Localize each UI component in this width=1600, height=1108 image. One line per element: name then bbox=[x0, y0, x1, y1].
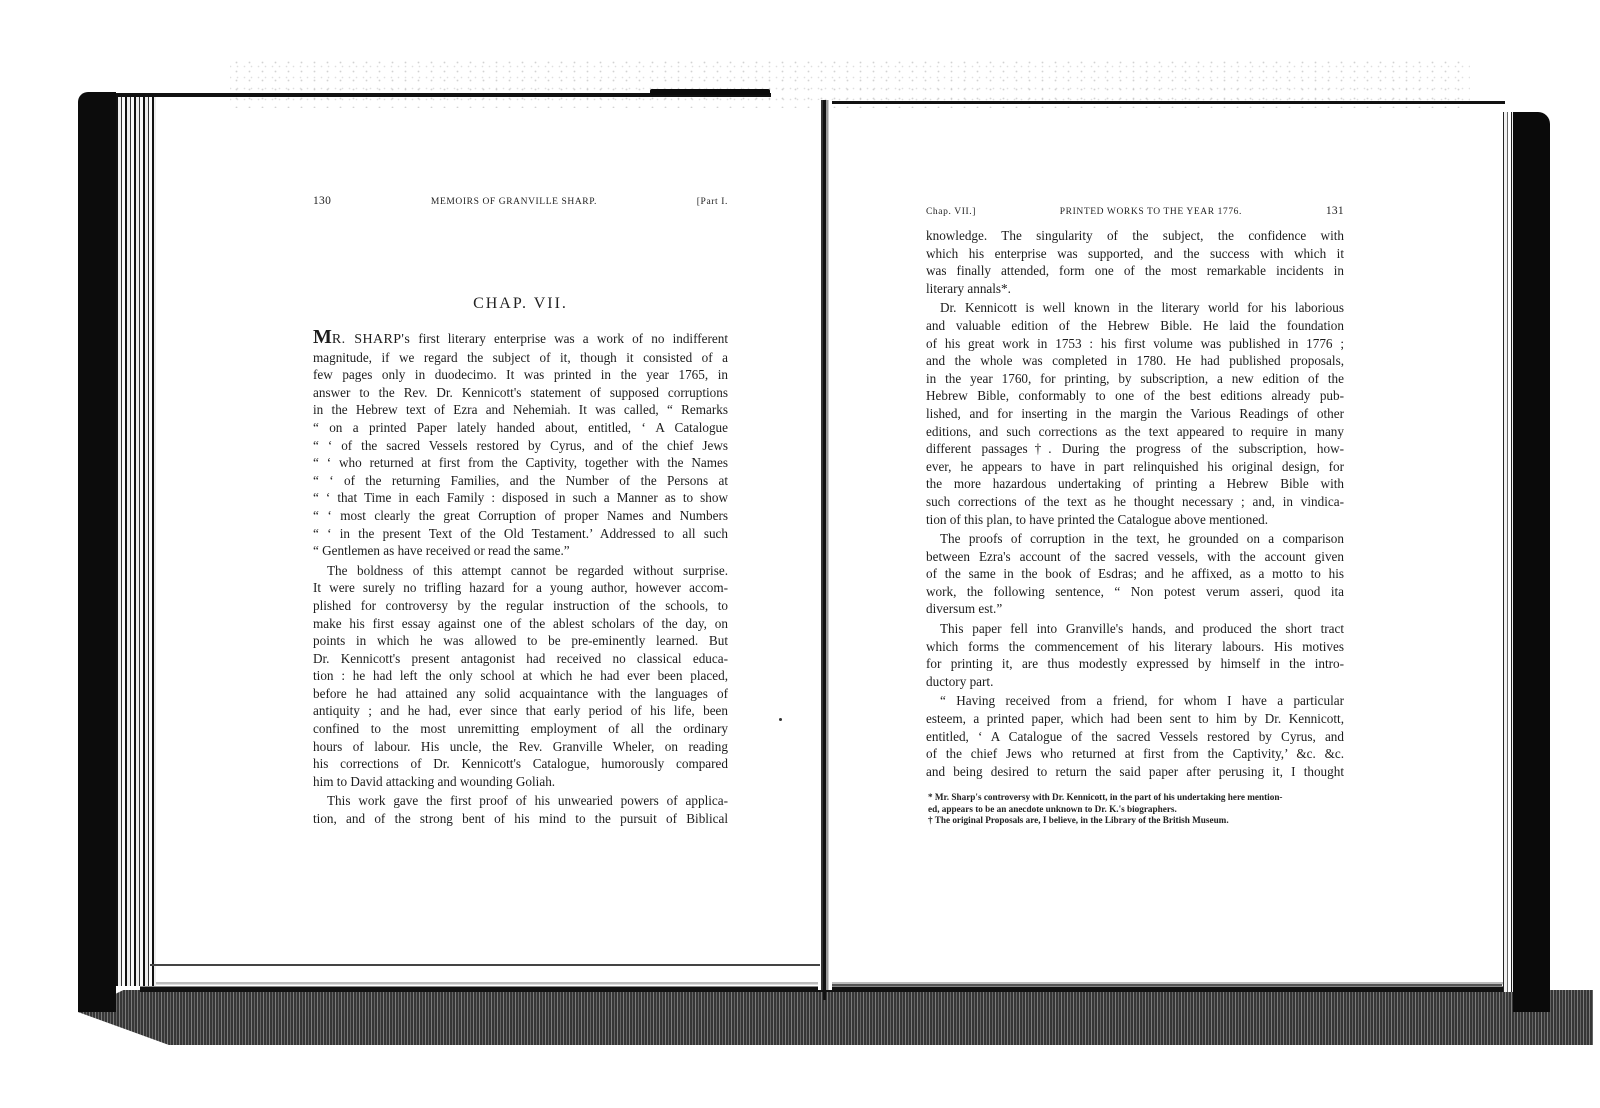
paragraph: “ Having received from a friend, for who… bbox=[926, 692, 1344, 780]
paragraph: The proofs of corruption in the text, he… bbox=[926, 530, 1344, 618]
left-page-bottom-edge bbox=[150, 964, 820, 966]
book-scan: 130 MEMOIRS OF GRANVILLE SHARP. [Part I.… bbox=[0, 0, 1600, 1108]
right-page: Chap. VII.] PRINTED WORKS TO THE YEAR 17… bbox=[926, 205, 1344, 827]
paragraph: This paper fell into Granville's hands, … bbox=[926, 620, 1344, 690]
left-body-text: MR. SHARP's first literary enterprise wa… bbox=[313, 329, 728, 828]
footnotes: * Mr. Sharp's controversy with Dr. Kenni… bbox=[926, 792, 1344, 827]
right-running-head: Chap. VII.] PRINTED WORKS TO THE YEAR 17… bbox=[926, 205, 1344, 217]
right-page-bottom-edge bbox=[832, 984, 1502, 986]
right-cover bbox=[1513, 112, 1550, 1012]
footnote: ed, appears to be an anecdote unknown to… bbox=[928, 804, 1344, 816]
chapter-label: Chap. VII.] bbox=[926, 207, 976, 217]
footnote: * Mr. Sharp's controversy with Dr. Kenni… bbox=[928, 792, 1344, 804]
page-number: 131 bbox=[1326, 205, 1344, 217]
right-page-top-edge bbox=[830, 101, 1505, 104]
left-page: 130 MEMOIRS OF GRANVILLE SHARP. [Part I.… bbox=[313, 195, 728, 828]
left-cover bbox=[78, 92, 116, 1012]
drop-cap: M bbox=[313, 326, 332, 348]
paragraph: knowledge. The singularity of the subjec… bbox=[926, 227, 1344, 297]
opening-smallcaps: R. SHARP's bbox=[332, 332, 410, 347]
running-title: MEMOIRS OF GRANVILLE SHARP. bbox=[431, 197, 597, 207]
book-bottom-edge-shadow bbox=[78, 990, 1593, 1045]
right-body-text: knowledge. The singularity of the subjec… bbox=[926, 227, 1344, 780]
left-running-head: 130 MEMOIRS OF GRANVILLE SHARP. [Part I. bbox=[313, 195, 728, 207]
left-page-top-edge-shadow bbox=[650, 89, 770, 95]
footnote: † The original Proposals are, I believe,… bbox=[928, 815, 1344, 827]
running-title: PRINTED WORKS TO THE YEAR 1776. bbox=[1060, 207, 1242, 217]
paragraph: MR. SHARP's first literary enterprise wa… bbox=[313, 329, 728, 560]
left-fore-edge bbox=[116, 96, 156, 986]
gutter-line bbox=[823, 100, 826, 1000]
part-label: [Part I. bbox=[697, 197, 728, 207]
chapter-title: CHAP. VII. bbox=[313, 295, 728, 313]
page-number: 130 bbox=[313, 195, 331, 207]
paragraph: Dr. Kennicott is well known in the liter… bbox=[926, 299, 1344, 528]
paragraph: The boldness of this attempt cannot be r… bbox=[313, 562, 728, 791]
scan-speck bbox=[779, 718, 782, 721]
paragraph: This work gave the first proof of his un… bbox=[313, 792, 728, 827]
